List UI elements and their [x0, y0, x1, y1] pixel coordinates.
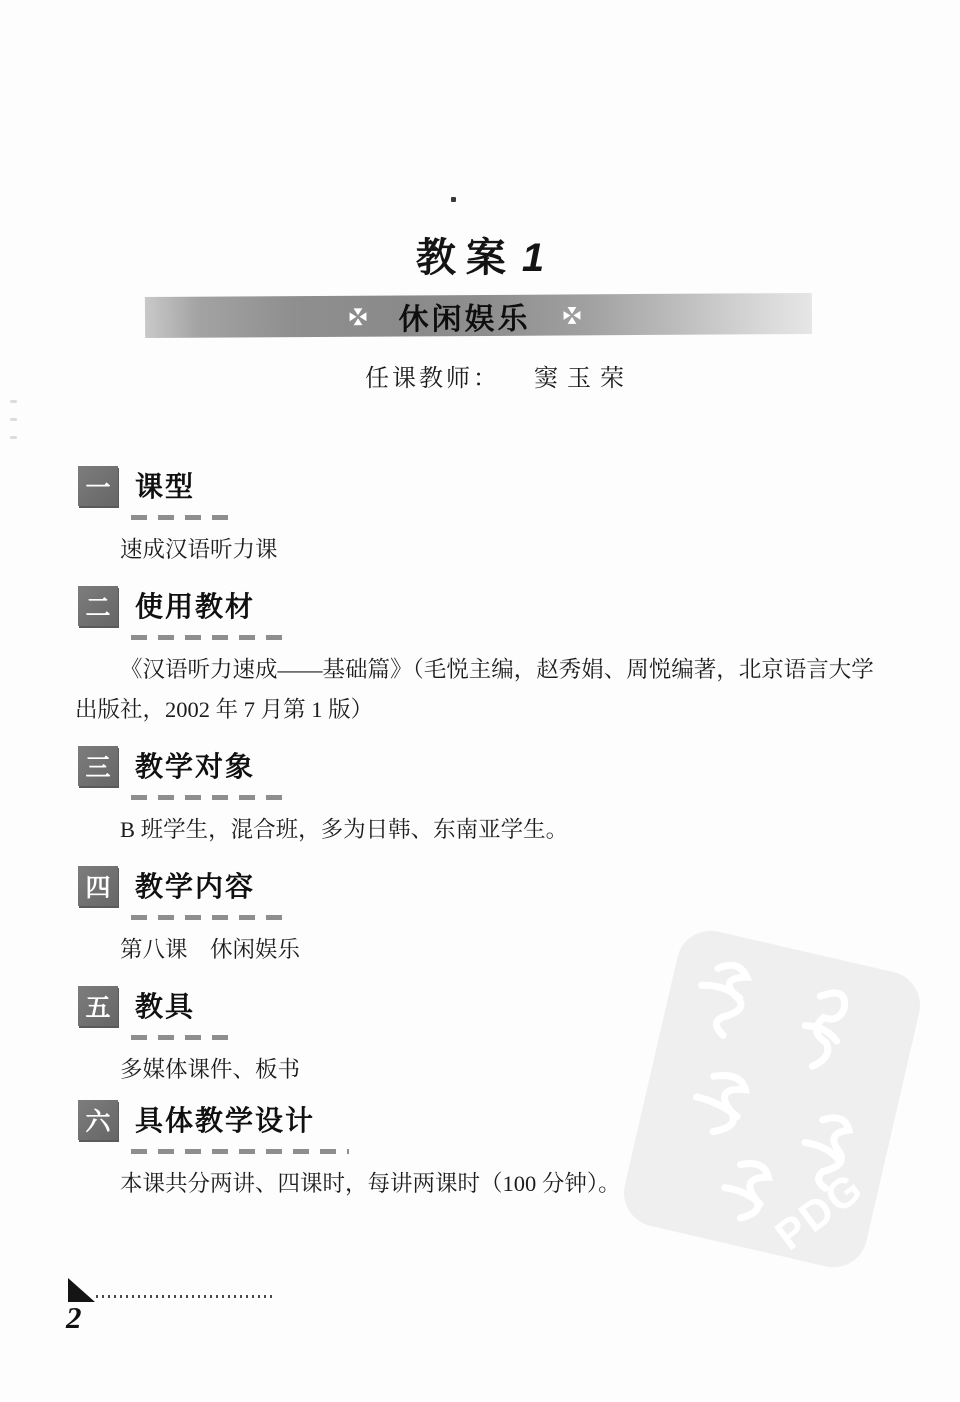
section-title: 教学内容 — [135, 865, 255, 907]
section-course-type: 一 课型 速成汉语听力课 — [0, 466, 960, 570]
section-body: 多媒体课件、板书 — [75, 1050, 895, 1090]
section-number-badge: 二 — [78, 586, 118, 626]
page-footer: 2 — [0, 1274, 960, 1344]
title-underline — [131, 795, 289, 800]
pdg-watermark-stamp: PDG — [617, 924, 927, 1274]
flower-icon — [560, 304, 582, 326]
title-underline — [131, 1035, 229, 1040]
page-title-text: 教案 — [416, 236, 516, 280]
section-title: 使用教材 — [135, 585, 255, 627]
page-title: 教案1 — [0, 226, 960, 283]
section-title: 教具 — [135, 985, 195, 1027]
section-materials: 二 使用教材 《汉语听力速成——基础篇》（毛悦主编，赵秀娟、周悦编著，北京语言大… — [0, 586, 960, 730]
title-underline — [131, 515, 229, 520]
teacher-line: 任课教师：窦玉荣 — [365, 358, 633, 393]
document-page: PDG 教案1 休闲娱乐 任课教师：窦玉荣 一 课型 速成汉语听力课 二 使用教… — [0, 0, 960, 1402]
section-title-text: 课型 — [135, 471, 195, 502]
section-title-text: 具体教学设计 — [135, 1105, 315, 1136]
title-underline — [131, 1149, 349, 1154]
section-title-text: 教学对象 — [135, 751, 255, 782]
teacher-label: 任课教师： — [365, 366, 500, 392]
section-header: 六 具体教学设计 — [78, 1100, 960, 1140]
section-title: 教学对象 — [135, 745, 255, 787]
section-teaching-aids: 五 教具 多媒体课件、板书 — [0, 986, 960, 1090]
section-body: 第八课 休闲娱乐 — [75, 930, 895, 970]
section-header: 一 课型 — [78, 466, 960, 506]
section-content: 四 教学内容 第八课 休闲娱乐 — [0, 866, 960, 970]
page-title-number: 1 — [522, 236, 544, 280]
section-body: 速成汉语听力课 — [75, 530, 895, 570]
lesson-banner: 休闲娱乐 — [145, 293, 812, 338]
title-underline — [131, 915, 289, 920]
scan-artifact — [10, 436, 17, 439]
banner-title: 休闲娱乐 — [398, 293, 530, 338]
section-body: B 班学生，混合班，多为日韩、东南亚学生。 — [75, 810, 895, 850]
section-students: 三 教学对象 B 班学生，混合班，多为日韩、东南亚学生。 — [0, 746, 960, 850]
section-title-text: 使用教材 — [135, 591, 255, 622]
section-number-badge: 五 — [78, 986, 118, 1026]
section-header: 三 教学对象 — [78, 746, 960, 786]
title-underline — [131, 635, 289, 640]
section-number-badge: 六 — [78, 1100, 118, 1140]
section-body: 本课共分两讲、四课时，每讲两课时（100 分钟）。 — [75, 1164, 895, 1204]
section-title-text: 教具 — [135, 991, 195, 1022]
section-number-badge: 四 — [78, 866, 118, 906]
section-teaching-design: 六 具体教学设计 本课共分两讲、四课时，每讲两课时（100 分钟）。 — [0, 1100, 960, 1204]
scan-speck — [451, 197, 456, 202]
scan-artifact — [10, 418, 17, 421]
section-title-text: 教学内容 — [135, 871, 255, 902]
scan-artifact — [10, 400, 17, 403]
footer-dotted-rule — [96, 1295, 272, 1298]
section-title: 具体教学设计 — [135, 1099, 315, 1141]
section-header: 四 教学内容 — [78, 866, 960, 906]
section-number-badge: 一 — [78, 466, 118, 506]
section-header: 五 教具 — [78, 986, 960, 1026]
flower-icon — [346, 305, 368, 327]
teacher-name: 窦玉荣 — [534, 366, 633, 392]
page-number: 2 — [66, 1300, 82, 1336]
section-title: 课型 — [135, 465, 195, 507]
section-number-badge: 三 — [78, 746, 118, 786]
footer-triangle-icon — [68, 1278, 95, 1302]
section-body: 《汉语听力速成——基础篇》（毛悦主编，赵秀娟、周悦编著，北京语言大学出版社，20… — [75, 650, 895, 730]
section-header: 二 使用教材 — [78, 586, 960, 626]
